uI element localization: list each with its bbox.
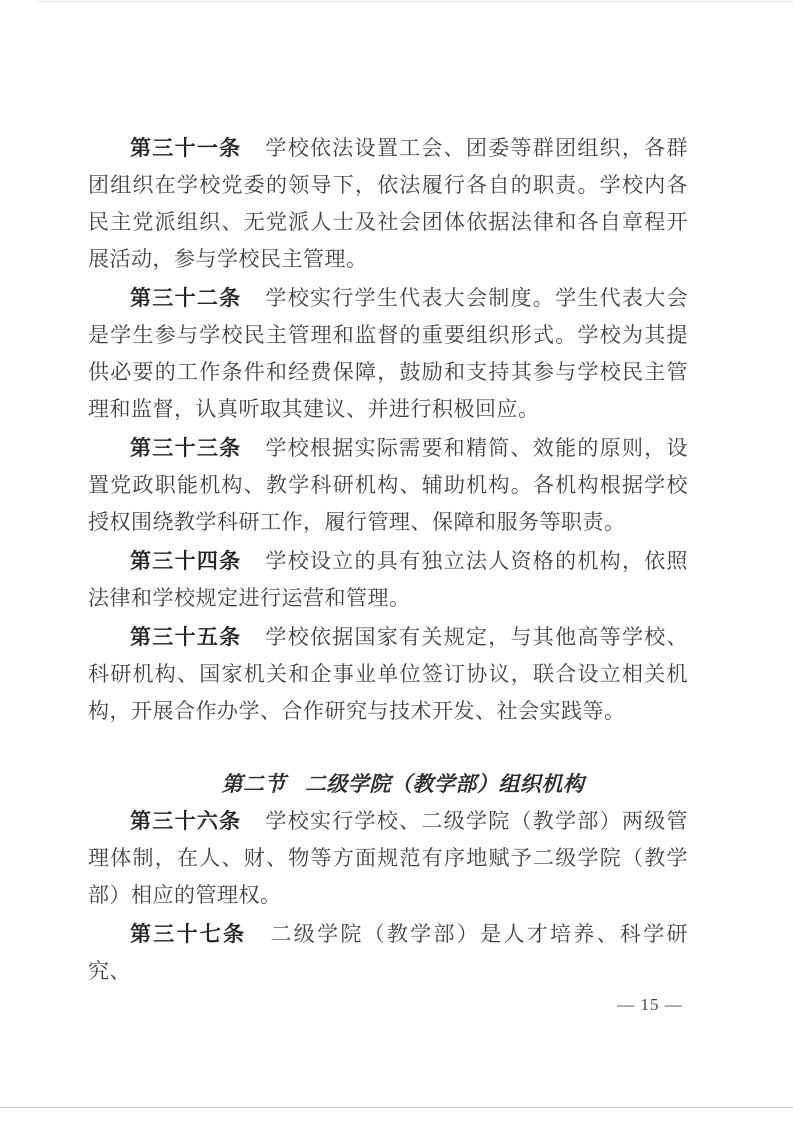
article-number: 第三十三条 — [130, 436, 241, 460]
article-number: 第三十一条 — [130, 136, 241, 160]
page-number: — 15 — — [560, 995, 740, 1015]
section-title: 二级学院（教学部）组织机构 — [305, 772, 585, 796]
document-page: 第三十一条学校依法设置工会、团委等群团组织，各群团组织在学校党委的领导下，依法履… — [0, 0, 793, 1121]
article-paragraph: 第三十一条学校依法设置工会、团委等群团组织，各群团组织在学校党委的领导下，依法履… — [88, 130, 688, 278]
article-paragraph: 第三十三条学校根据实际需要和精简、效能的原则，设置党政职能机构、教学科研机构、辅… — [88, 430, 688, 541]
article-number: 第三十二条 — [130, 286, 241, 310]
article-paragraph: 第三十二条学校实行学生代表大会制度。学生代表大会是学生参与学校民主管理和监督的重… — [88, 280, 688, 428]
article-paragraph: 第三十五条学校依据国家有关规定，与其他高等学校、科研机构、国家机关和企事业单位签… — [88, 619, 688, 730]
page-edge-line-bottom — [0, 1107, 793, 1108]
article-paragraph: 第三十七条二级学院（教学部）是人才培养、科学研究、 — [88, 916, 688, 990]
article-number: 第三十七条 — [130, 922, 246, 946]
article-number: 第三十五条 — [130, 625, 241, 649]
document-body: 第三十一条学校依法设置工会、团委等群团组织，各群团组织在学校党委的领导下，依法履… — [88, 130, 688, 992]
section-heading: 第二节二级学院（教学部）组织机构 — [88, 766, 688, 803]
article-number: 第三十四条 — [130, 549, 241, 573]
article-paragraph: 第三十四条学校设立的具有独立法人资格的机构，依照法律和学校规定进行运营和管理。 — [88, 543, 688, 617]
article-number: 第三十六条 — [130, 809, 241, 833]
section-label: 第二节 — [222, 772, 287, 796]
article-paragraph: 第三十六条学校实行学校、二级学院（教学部）两级管理体制，在人、财、物等方面规范有… — [88, 803, 688, 914]
page-edge-line-top — [36, 1, 793, 2]
